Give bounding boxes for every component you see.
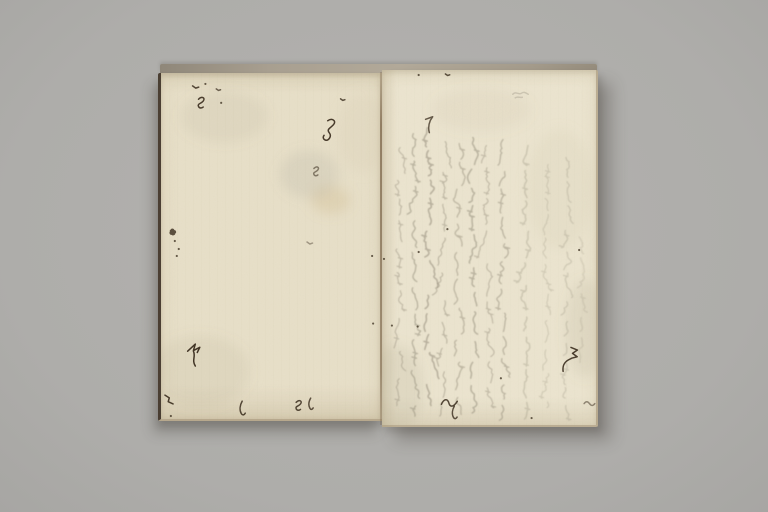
photo-stage: Photograph of an open antique Japanese s… — [0, 0, 768, 512]
spine-gutter — [380, 72, 382, 425]
right-page — [382, 70, 598, 427]
left-page — [158, 73, 382, 421]
right-page-calligraphy — [382, 70, 596, 425]
manuscript-book — [0, 0, 768, 512]
left-page-ink-stains — [161, 73, 382, 419]
